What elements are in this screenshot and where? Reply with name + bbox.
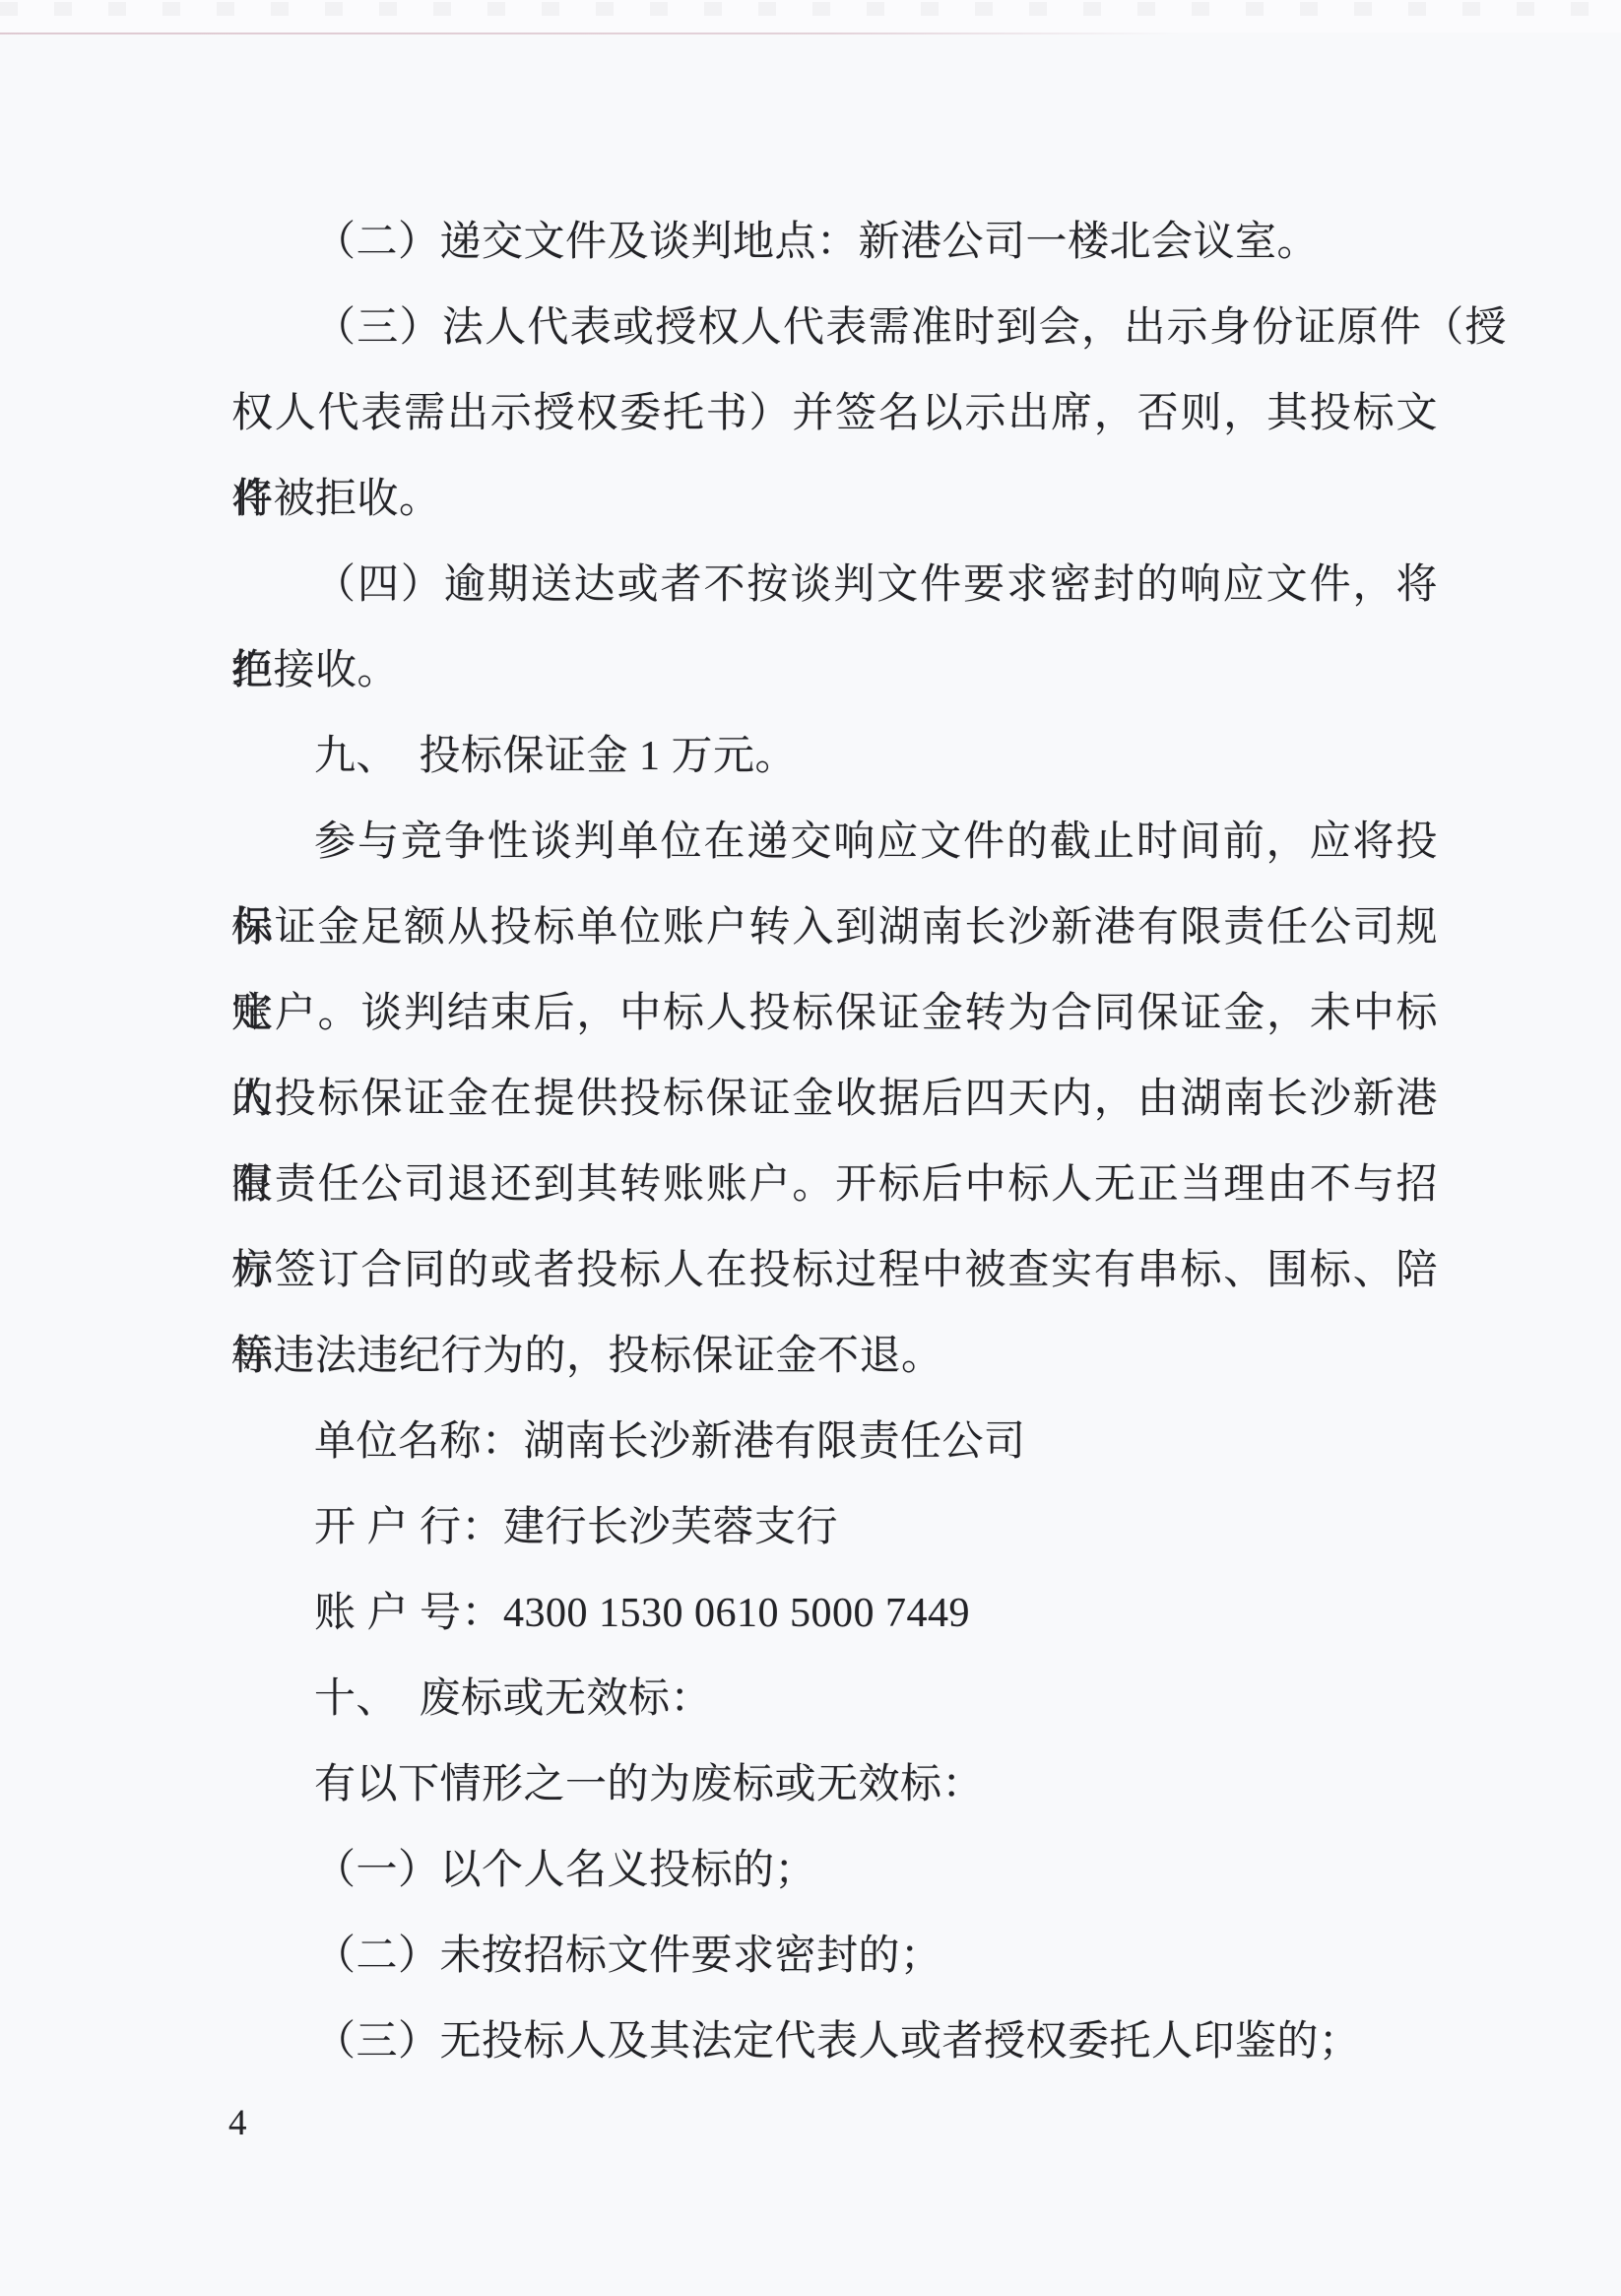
list-item-line: （二）未按招标文件要求密封的； xyxy=(231,1914,1438,2000)
list-item-line: （三）无投标人及其法定代表人或者授权委托人印鉴的； xyxy=(231,2000,1438,2085)
text-line: 账户。谈判结束后，中标人投标保证金转为合同保证金，未中标人 xyxy=(231,971,1438,1057)
text-line: 保证金足额从投标单位账户转入到湖南长沙新港有限责任公司规定 xyxy=(231,886,1438,971)
scan-artifact-line xyxy=(0,33,1182,34)
text-line: 将被拒收。 xyxy=(231,457,1438,543)
text-line: （二）递交文件及谈判地点：新港公司一楼北会议室。 xyxy=(231,200,1438,286)
bank-name-line: 开 户 行：建行长沙芙蓉支行 xyxy=(231,1485,1438,1571)
text-line: 九、 投标保证金 1 万元。 xyxy=(231,714,1438,800)
page-number: 4 xyxy=(228,2103,247,2144)
company-name-line: 单位名称：湖南长沙新港有限责任公司 xyxy=(231,1400,1438,1485)
scan-noise xyxy=(0,2,1621,16)
text-line: 绝接收。 xyxy=(231,628,1438,714)
text-line: 有以下情形之一的为废标或无效标： xyxy=(231,1742,1438,1828)
text-line: （三）法人代表或授权人代表需准时到会，出示身份证原件（授 xyxy=(231,286,1507,371)
text-line: 权人代表需出示授权委托书）并签名以示出席，否则，其投标文件 xyxy=(231,371,1438,457)
text-line: 等违法违纪行为的，投标保证金不退。 xyxy=(231,1314,1438,1400)
text-line: 限责任公司退还到其转账账户。开标后中标人无正当理由不与招标 xyxy=(231,1143,1438,1228)
text-line: 参与竞争性谈判单位在递交响应文件的截止时间前，应将投标 xyxy=(231,800,1438,886)
text-line: 的投标保证金在提供投标保证金收据后四天内，由湖南长沙新港有 xyxy=(231,1057,1438,1143)
section-heading-line: 十、 废标或无效标： xyxy=(231,1657,1438,1742)
account-number-line: 账 户 号：4300 1530 0610 5000 7449 xyxy=(231,1571,1438,1657)
list-item-line: （一）以个人名义投标的； xyxy=(231,1828,1438,1914)
document-page: （二）递交文件及谈判地点：新港公司一楼北会议室。 （三）法人代表或授权人代表需准… xyxy=(0,0,1621,2296)
text-line: 方签订合同的或者投标人在投标过程中被查实有串标、围标、陪标 xyxy=(231,1228,1438,1314)
document-body: （二）递交文件及谈判地点：新港公司一楼北会议室。 （三）法人代表或授权人代表需准… xyxy=(231,200,1438,2085)
text-line: （四）逾期送达或者不按谈判文件要求密封的响应文件，将拒 xyxy=(231,543,1438,628)
